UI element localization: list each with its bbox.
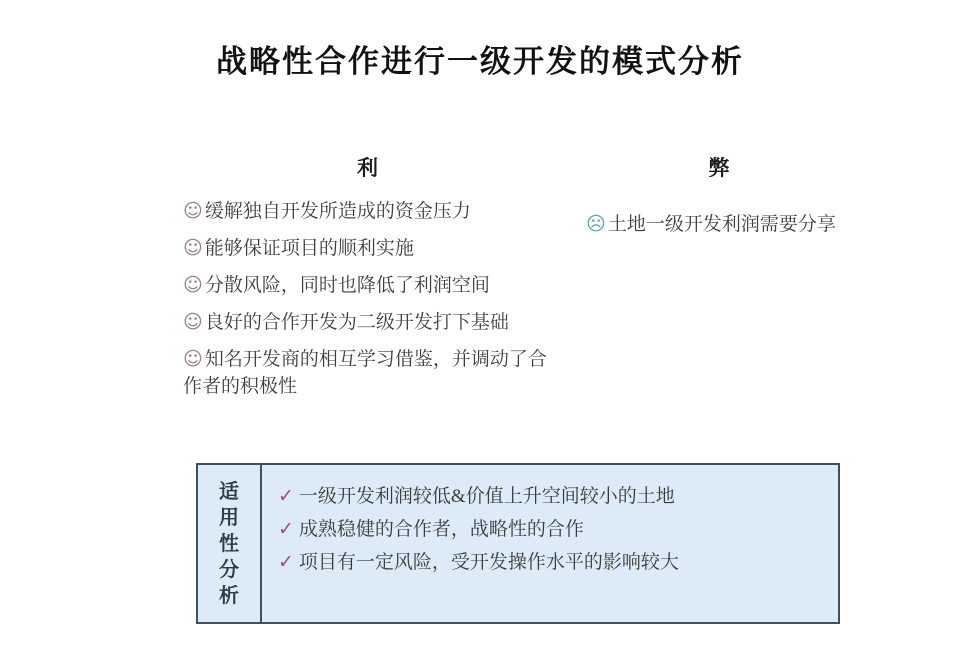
applicability-item-text: 项目有一定风险，受开发操作水平的影响较大 — [299, 552, 679, 573]
applicability-item: ✓一级开发利润较低&价值上升空间较小的土地 — [278, 480, 828, 513]
frown-icon: ☹ — [586, 213, 606, 235]
applicability-item-text: 成熟稳健的合作者，战略性的合作 — [299, 519, 584, 540]
pros-column-header: 利 — [185, 152, 550, 182]
slide-title: 战略性合作进行一级开发的模式分析 — [0, 36, 960, 81]
smiley-icon: ☺ — [183, 311, 203, 333]
applicability-box: 适用性分析 ✓一级开发利润较低&价值上升空间较小的土地 ✓成熟稳健的合作者，战略… — [196, 463, 840, 624]
checkmark-icon: ✓ — [278, 551, 294, 573]
smiley-icon: ☺ — [183, 237, 203, 259]
applicability-label: 适用性分析 — [218, 479, 240, 609]
cons-list-item: ☹土地一级开发利润需要分享 — [586, 211, 886, 238]
applicability-item: ✓成熟稳健的合作者，战略性的合作 — [278, 513, 828, 546]
smiley-icon: ☺ — [183, 200, 203, 222]
applicability-item-text: 一级开发利润较低&价值上升空间较小的土地 — [299, 486, 675, 507]
pros-item-text: 能够保证项目的顺利实施 — [205, 238, 414, 259]
pros-item-text: 缓解独自开发所造成的资金压力 — [205, 201, 471, 222]
smiley-icon: ☺ — [183, 348, 203, 370]
checkmark-icon: ✓ — [278, 518, 294, 540]
pros-list-item: ☺能够保证项目的顺利实施 — [183, 235, 551, 262]
pros-list-item: ☺缓解独自开发所造成的资金压力 — [183, 198, 551, 225]
cons-column-header: 弊 — [590, 152, 848, 182]
cons-list: ☹土地一级开发利润需要分享 — [586, 211, 886, 248]
cons-item-text: 土地一级开发利润需要分享 — [608, 214, 836, 235]
slide: 战略性合作进行一级开发的模式分析 利 弊 ☺缓解独自开发所造成的资金压力 ☺能够… — [0, 0, 960, 653]
applicability-item: ✓项目有一定风险，受开发操作水平的影响较大 — [278, 546, 828, 579]
pros-item-text: 良好的合作开发为二级开发打下基础 — [205, 312, 509, 333]
pros-item-text: 知名开发商的相互学习借鉴，并调动了合作者的积极性 — [183, 349, 547, 397]
pros-list-item: ☺分散风险，同时也降低了利润空间 — [183, 272, 551, 299]
smiley-icon: ☺ — [183, 274, 203, 296]
applicability-label-cell: 适用性分析 — [198, 465, 262, 622]
applicability-content: ✓一级开发利润较低&价值上升空间较小的土地 ✓成熟稳健的合作者，战略性的合作 ✓… — [262, 465, 838, 622]
pros-item-text: 分散风险，同时也降低了利润空间 — [205, 275, 490, 296]
pros-list-item: ☺良好的合作开发为二级开发打下基础 — [183, 309, 551, 336]
checkmark-icon: ✓ — [278, 485, 294, 507]
pros-list: ☺缓解独自开发所造成的资金压力 ☺能够保证项目的顺利实施 ☺分散风险，同时也降低… — [183, 198, 551, 410]
pros-list-item: ☺知名开发商的相互学习借鉴，并调动了合作者的积极性 — [183, 346, 551, 400]
